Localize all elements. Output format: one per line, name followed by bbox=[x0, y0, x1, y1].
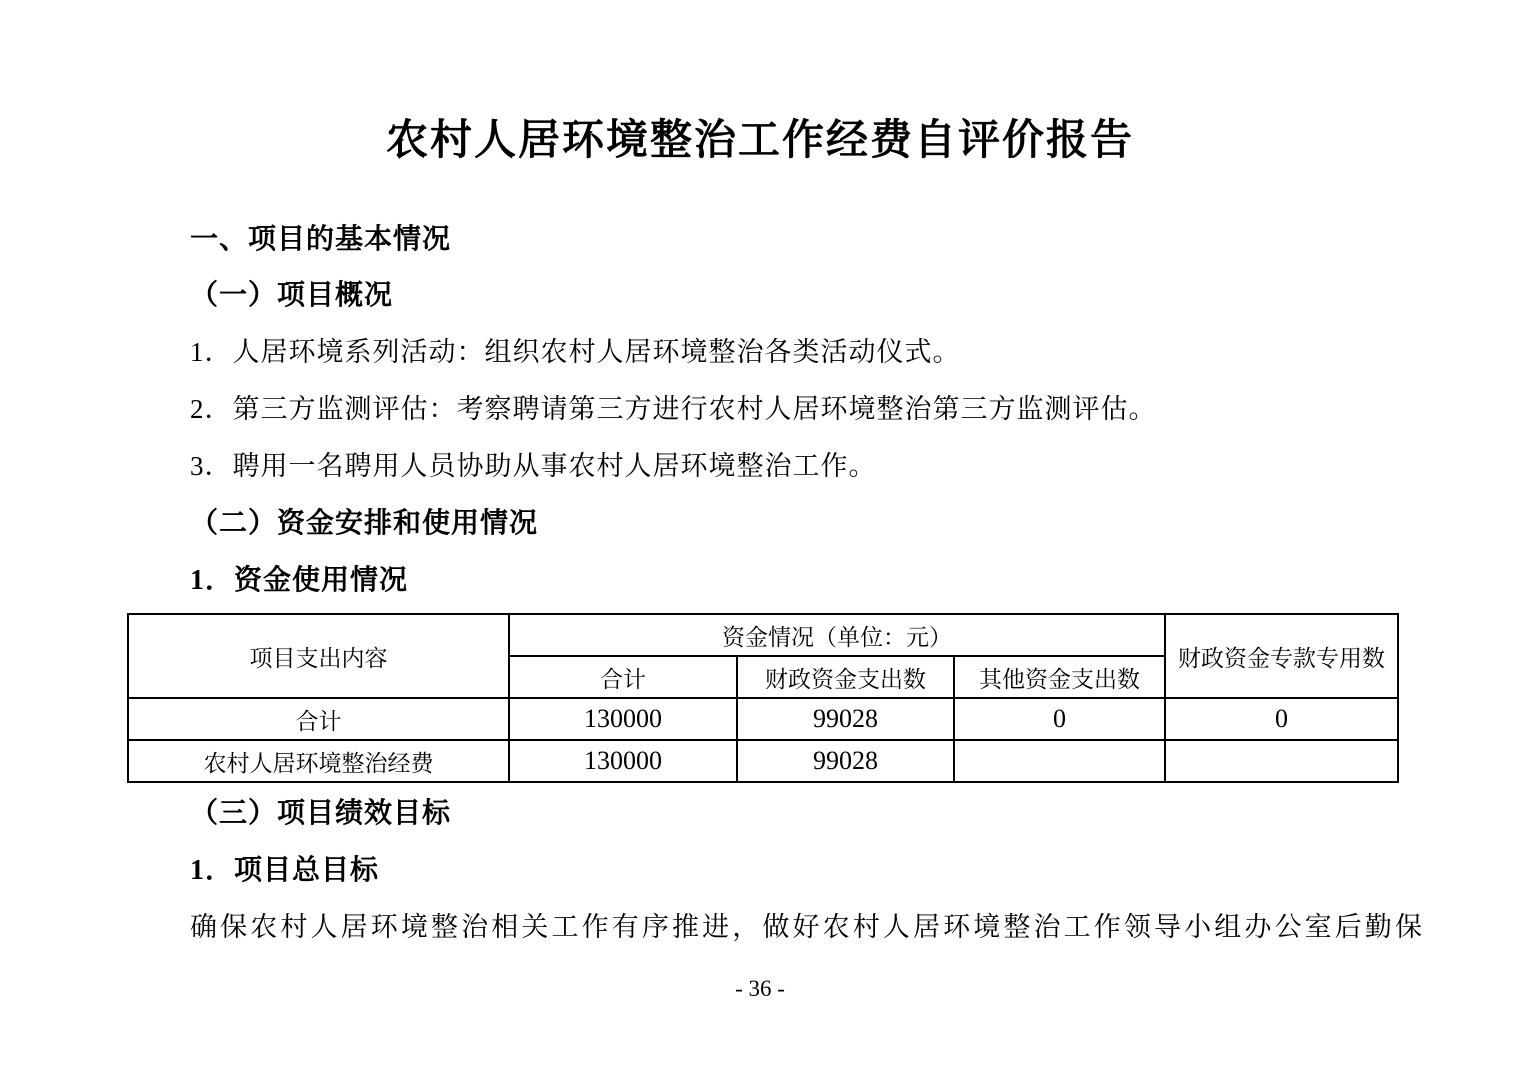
cell-row-label: 农村人居环境整治经费 bbox=[128, 740, 509, 782]
subsection-heading-project-overview: （一）项目概况 bbox=[190, 267, 1412, 324]
section-heading-basic-info: 一、项目的基本情况 bbox=[190, 210, 1412, 267]
cell-total: 130000 bbox=[509, 698, 737, 740]
list-item-2: 2．第三方监测评估：考察聘请第三方进行农村人居环境整治第三方监测评估。 bbox=[190, 381, 1412, 438]
header-cell-total: 合计 bbox=[509, 656, 737, 698]
page-number: - 36 - bbox=[0, 976, 1520, 1002]
header-cell-fund-group: 资金情况（单位：元） bbox=[509, 614, 1165, 656]
table-row: 合计 130000 99028 0 0 bbox=[128, 698, 1398, 740]
subheading-overall-goal: 1．项目总目标 bbox=[190, 842, 1412, 899]
table-header-row-1: 项目支出内容 资金情况（单位：元） 财政资金专款专用数 bbox=[128, 614, 1398, 656]
cell-other: 0 bbox=[954, 698, 1165, 740]
cell-fiscal: 99028 bbox=[737, 740, 954, 782]
cell-total: 130000 bbox=[509, 740, 737, 782]
cell-fiscal: 99028 bbox=[737, 698, 954, 740]
list-item-1: 1．人居环境系列活动：组织农村人居环境整治各类活动仪式。 bbox=[190, 324, 1412, 381]
header-cell-fiscal-expense: 财政资金支出数 bbox=[737, 656, 954, 698]
header-cell-special-fund: 财政资金专款专用数 bbox=[1165, 614, 1398, 698]
body-paragraph: 确保农村人居环境整治相关工作有序推进，做好农村人居环境整治工作领导小组办公室后勤… bbox=[190, 899, 1422, 956]
header-cell-other-expense: 其他资金支出数 bbox=[954, 656, 1165, 698]
table-row: 农村人居环境整治经费 130000 99028 bbox=[128, 740, 1398, 782]
document-title: 农村人居环境整治工作经费自评价报告 bbox=[0, 0, 1520, 166]
cell-special: 0 bbox=[1165, 698, 1398, 740]
document-page: 农村人居环境整治工作经费自评价报告 一、项目的基本情况 （一）项目概况 1．人居… bbox=[0, 0, 1520, 1074]
fund-usage-table: 项目支出内容 资金情况（单位：元） 财政资金专款专用数 合计 财政资金支出数 其… bbox=[127, 613, 1399, 783]
cell-other bbox=[954, 740, 1165, 782]
subheading-fund-usage: 1．资金使用情况 bbox=[190, 552, 1412, 609]
cell-row-label: 合计 bbox=[128, 698, 509, 740]
cell-special bbox=[1165, 740, 1398, 782]
list-item-3: 3．聘用一名聘用人员协助从事农村人居环境整治工作。 bbox=[190, 438, 1412, 495]
document-body: 一、项目的基本情况 （一）项目概况 1．人居环境系列活动：组织农村人居环境整治各… bbox=[190, 166, 1412, 956]
subsection-heading-fund-arrangement: （二）资金安排和使用情况 bbox=[190, 495, 1412, 552]
header-cell-project-content: 项目支出内容 bbox=[128, 614, 509, 698]
subsection-heading-performance-goals: （三）项目绩效目标 bbox=[190, 785, 1412, 842]
